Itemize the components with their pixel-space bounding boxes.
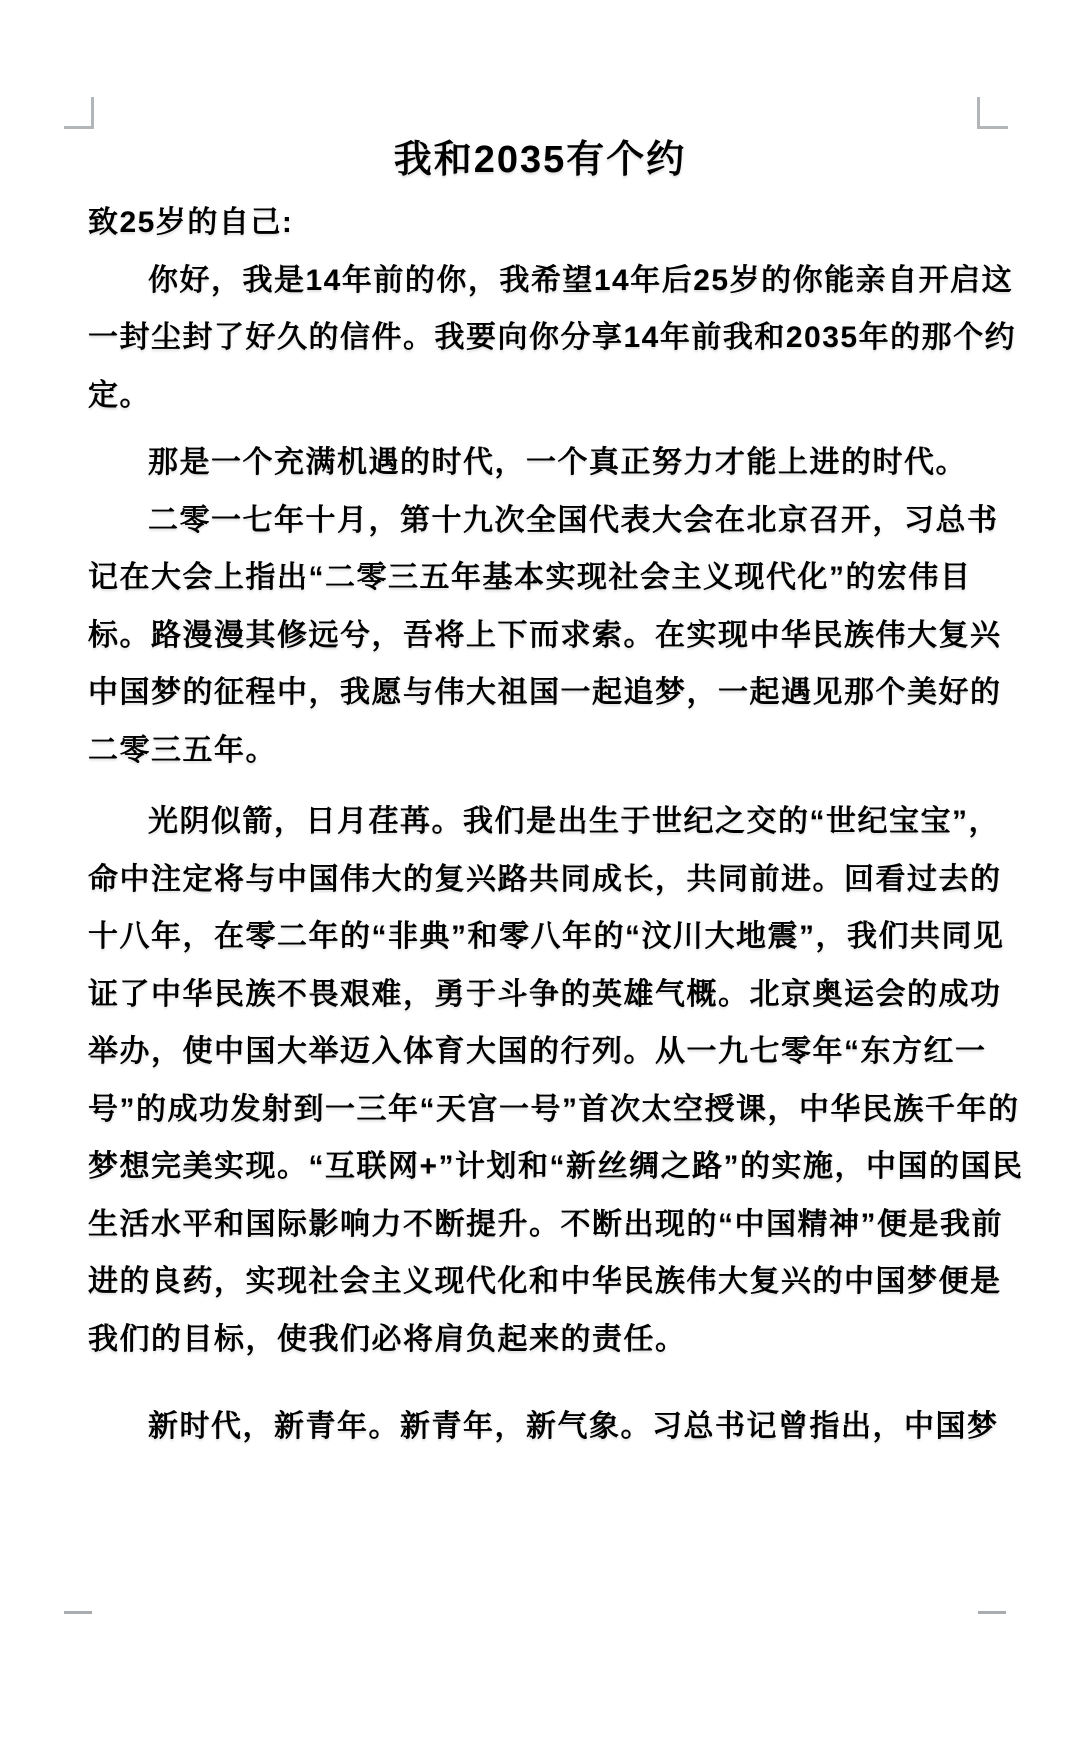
body-line: 一封尘封了好久的信件。我要向你分享14年前我和2035年的那个约 [88, 309, 1080, 367]
body-line: 中国梦的征程中，我愿与伟大祖国一起追梦，一起遇见那个美好的 [88, 664, 1080, 722]
paragraph: 二零一七年十月，第十九次全国代表大会在北京召开，习总书记在大会上指出“二零三五年… [88, 492, 1080, 780]
body-line: 那是一个充满机遇的时代，一个真正努力才能上进的时代。 [88, 434, 1080, 492]
body-line: 二零三五年。 [88, 722, 1080, 780]
body-line: 二零一七年十月，第十九次全国代表大会在北京召开，习总书 [88, 492, 1080, 550]
crop-mark-bottom-left [64, 1611, 92, 1614]
document-body: 致25岁的自己: 你好，我是14年前的你，我希望14年后25岁的你能亲自开启这一… [0, 194, 1080, 1456]
body-line: 梦想完美实现。“互联网+”计划和“新丝绸之路”的实施，中国的国民 [88, 1138, 1080, 1196]
body-line: 记在大会上指出“二零三五年基本实现社会主义现代化”的宏伟目 [88, 549, 1080, 607]
body-line: 生活水平和国际影响力不断提升。不断出现的“中国精神”便是我前 [88, 1196, 1080, 1254]
crop-mark-top-right [977, 97, 1008, 129]
body-line: 证了中华民族不畏艰难，勇于斗争的英雄气概。北京奥运会的成功 [88, 966, 1080, 1024]
body-line: 定。 [88, 367, 1080, 425]
body-line: 十八年，在零二年的“非典”和零八年的“汶川大地震”，我们共同见 [88, 908, 1080, 966]
document-page: 我和2035有个约 致25岁的自己: 你好，我是14年前的你，我希望14年后25… [0, 0, 1080, 1742]
body-line: 光阴似箭，日月荏苒。我们是出生于世纪之交的“世纪宝宝”， [88, 793, 1080, 851]
crop-mark-bottom-right [978, 1611, 1006, 1614]
paragraph: 你好，我是14年前的你，我希望14年后25岁的你能亲自开启这一封尘封了好久的信件… [88, 252, 1080, 425]
body-line: 号”的成功发射到一三年“天宫一号”首次太空授课，中华民族千年的 [88, 1081, 1080, 1139]
paragraph: 那是一个充满机遇的时代，一个真正努力才能上进的时代。 [88, 434, 1080, 492]
body-line: 标。路漫漫其修远兮，吾将上下而求索。在实现中华民族伟大复兴 [88, 607, 1080, 665]
paragraph: 光阴似箭，日月荏苒。我们是出生于世纪之交的“世纪宝宝”，命中注定将与中国伟大的复… [88, 793, 1080, 1368]
body-line: 进的良药，实现社会主义现代化和中华民族伟大复兴的中国梦便是 [88, 1253, 1080, 1311]
body-line: 我们的目标，使我们必将肩负起来的责任。 [88, 1311, 1080, 1369]
crop-mark-top-left [64, 97, 94, 129]
document-title: 我和2035有个约 [0, 136, 1080, 184]
body-line: 你好，我是14年前的你，我希望14年后25岁的你能亲自开启这 [88, 252, 1080, 310]
paragraph: 新时代，新青年。新青年，新气象。习总书记曾指出，中国梦 [88, 1398, 1080, 1456]
body-line: 举办，使中国大举迈入体育大国的行列。从一九七零年“东方红一 [88, 1023, 1080, 1081]
body-line: 新时代，新青年。新青年，新气象。习总书记曾指出，中国梦 [88, 1398, 1080, 1456]
body-line: 命中注定将与中国伟大的复兴路共同成长，共同前进。回看过去的 [88, 851, 1080, 909]
salutation-line: 致25岁的自己: [88, 194, 1080, 252]
